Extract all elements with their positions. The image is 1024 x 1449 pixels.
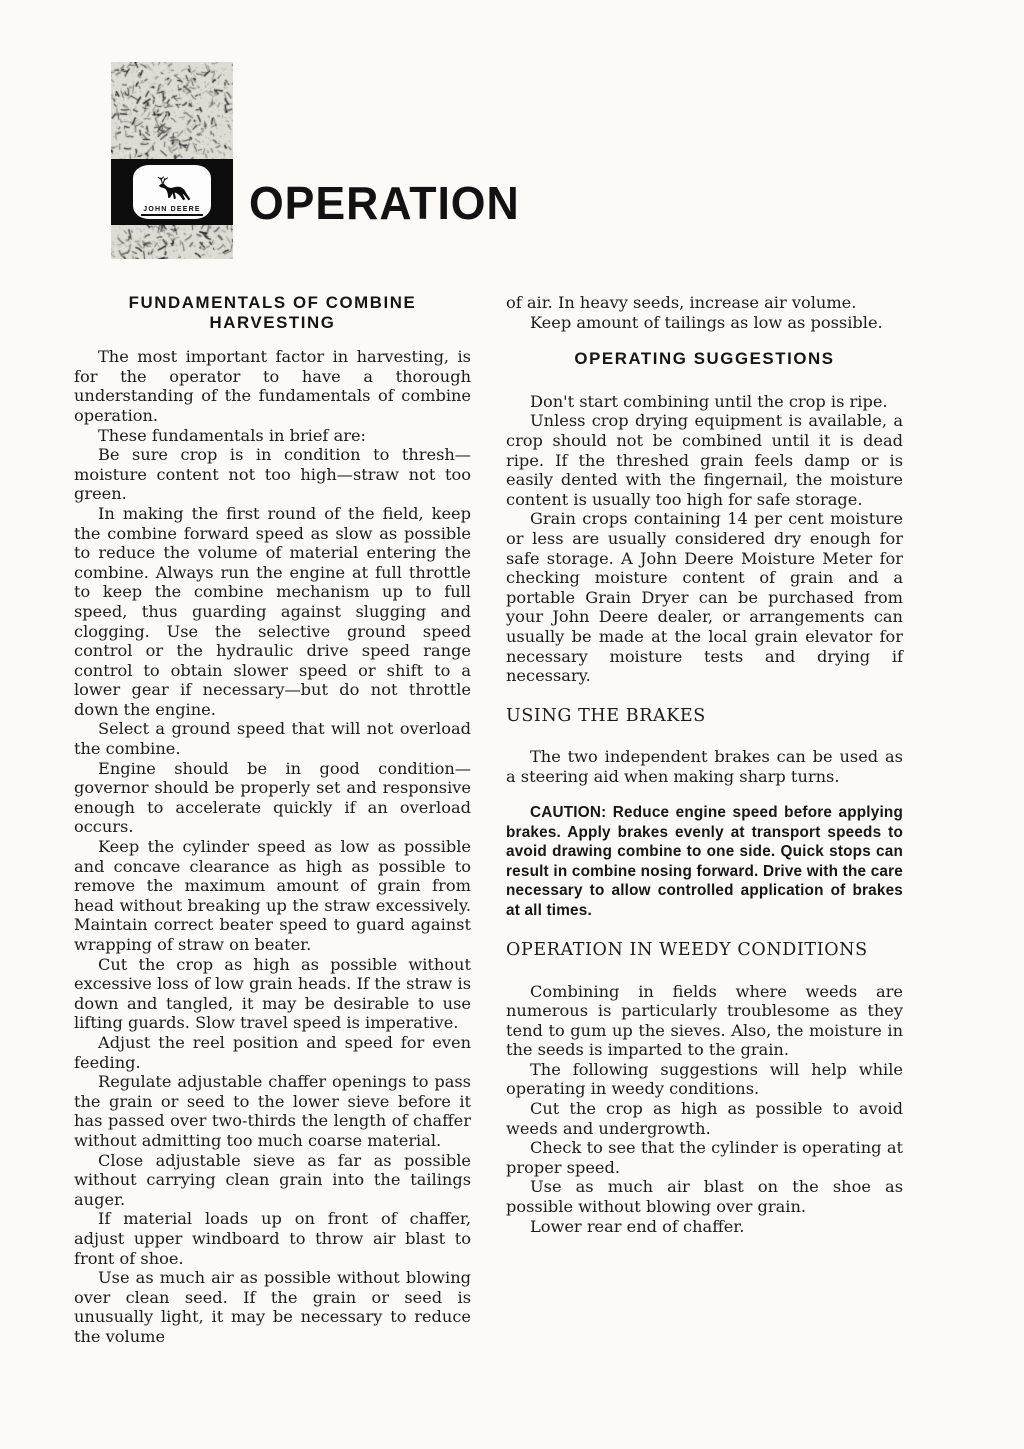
paragraph: Use as much air as possible without blow…	[74, 1268, 471, 1346]
subheading-weedy-conditions: OPERATION IN WEEDY CONDITIONS	[506, 941, 903, 961]
paragraph: Close adjustable sieve as far as possibl…	[74, 1151, 471, 1210]
subheading-using-the-brakes: USING THE BRAKES	[506, 707, 903, 727]
paragraph: The following suggestions will help whil…	[506, 1060, 903, 1099]
paragraph: Engine should be in good condition—gover…	[74, 759, 471, 837]
paragraph: Unless crop drying equipment is availabl…	[506, 411, 903, 509]
logo-black-band: JOHN DEERE	[111, 159, 233, 225]
logo-frame: JOHN DEERE	[133, 165, 211, 219]
paragraph: Regulate adjustable chaffer openings to …	[74, 1072, 471, 1150]
page-title: OPERATION	[249, 180, 520, 226]
paragraph: These fundamentals in brief are:	[74, 426, 471, 446]
paragraph: Cut the crop as high as possible without…	[74, 955, 471, 1033]
paragraph: If material loads up on front of chaffer…	[74, 1209, 471, 1268]
john-deere-logo: JOHN DEERE	[111, 62, 233, 259]
paragraph: The two independent brakes can be used a…	[506, 747, 903, 786]
paragraph: Don't start combining until the crop is …	[506, 392, 903, 412]
paragraph: Keep amount of tailings as low as possib…	[506, 313, 903, 333]
paragraph: Adjust the reel position and speed for e…	[74, 1033, 471, 1072]
paragraph: Lower rear end of chaffer.	[506, 1217, 903, 1237]
paragraph: Cut the crop as high as possible to avoi…	[506, 1099, 903, 1138]
paragraph: Keep the cylinder speed as low as possib…	[74, 837, 471, 955]
left-column: FUNDAMENTALS OF COMBINE HARVESTING The m…	[74, 293, 471, 1346]
paragraph: Be sure crop is in condition to thresh—m…	[74, 445, 471, 504]
paragraph: In making the first round of the field, …	[74, 504, 471, 720]
paragraph: The most important factor in harvesting,…	[74, 347, 471, 425]
section-heading-fundamentals: FUNDAMENTALS OF COMBINE HARVESTING	[76, 293, 469, 332]
right-column: of air. In heavy seeds, increase air vol…	[506, 293, 903, 1236]
paragraph: Use as much air blast on the shoe as pos…	[506, 1177, 903, 1216]
paragraph: Grain crops containing 14 per cent moist…	[506, 509, 903, 685]
brand-label: JOHN DEERE	[141, 206, 203, 216]
paragraph: Select a ground speed that will not over…	[74, 719, 471, 758]
section-heading-operating-suggestions: OPERATING SUGGESTIONS	[508, 349, 901, 369]
paragraph: Check to see that the cylinder is operat…	[506, 1138, 903, 1177]
manual-page: JOHN DEERE OPERATION FUNDAMENTALS OF COM…	[0, 0, 1024, 1449]
caution-paragraph: CAUTION: Reduce engine speed before appl…	[506, 803, 903, 919]
paragraph: of air. In heavy seeds, increase air vol…	[506, 293, 903, 313]
leaping-deer-icon	[152, 176, 192, 205]
paragraph: Combining in fields where weeds are nume…	[506, 982, 903, 1060]
